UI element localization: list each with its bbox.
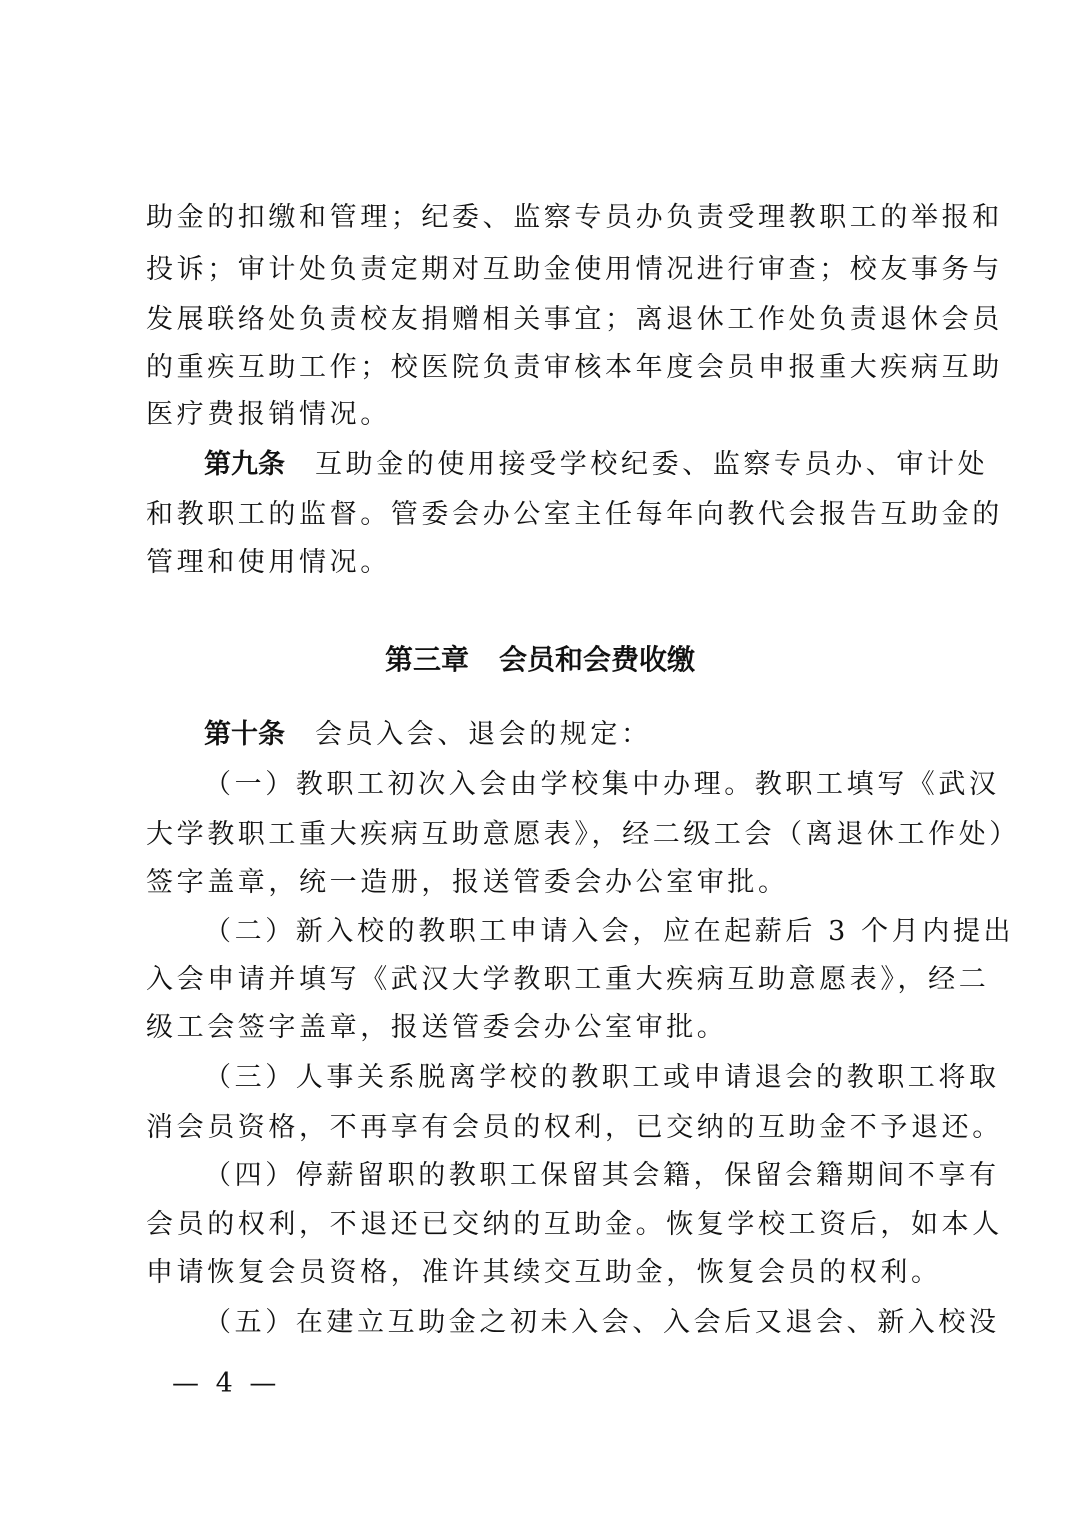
item-1-line: 签字盖章，统一造册，报送管委会办公室审批。 <box>146 865 946 901</box>
article-9-text: 互助金的使用接受学校纪委、监察专员办、审计处 <box>315 449 988 480</box>
item-3-line: 消会员资格，不再享有会员的权利，已交纳的互助金不予退还。 <box>146 1110 946 1146</box>
paragraph-line: 投诉；审计处负责定期对互助金使用情况进行审查；校友事务与 <box>146 252 946 288</box>
item-4-line: 申请恢复会员资格，准许其续交互助金，恢复会员的权利。 <box>146 1255 946 1291</box>
item-3-line: （三）人事关系脱离学校的教职工或申请退会的教职工将取 <box>204 1060 946 1096</box>
article-10-intro: 会员入会、退会的规定： <box>315 719 652 750</box>
chapter-title: 会员和会费收缴 <box>499 643 695 676</box>
paragraph-line: 管理和使用情况。 <box>146 545 946 581</box>
article-9-label: 第九条 <box>204 449 285 480</box>
document-page: 助金的扣缴和管理；纪委、监察专员办负责受理教职工的举报和 投诉；审计处负责定期对… <box>0 0 1080 1527</box>
item-4-line: （四）停薪留职的教职工保留其会籍，保留会籍期间不享有 <box>204 1158 946 1194</box>
paragraph-line: 助金的扣缴和管理；纪委、监察专员办负责受理教职工的举报和 <box>146 200 946 236</box>
item-2-line: 入会申请并填写《武汉大学教职工重大疾病互助意愿表》，经二 <box>146 962 946 998</box>
article-10-first-line: 第十条会员入会、退会的规定： <box>204 717 946 753</box>
item-4-line: 会员的权利，不退还已交纳的互助金。恢复学校工资后，如本人 <box>146 1207 946 1243</box>
chapter-heading: 第三章会员和会费收缴 <box>0 642 1080 678</box>
paragraph-line: 发展联络处负责校友捐赠相关事宜；离退休工作处负责退休会员 <box>146 302 946 338</box>
item-5-line: （五）在建立互助金之初未入会、入会后又退会、新入校没 <box>204 1305 946 1341</box>
paragraph-line: 医疗费报销情况。 <box>146 397 946 433</box>
item-1-line: （一）教职工初次入会由学校集中办理。教职工填写《武汉 <box>204 767 946 803</box>
article-9-first-line: 第九条互助金的使用接受学校纪委、监察专员办、审计处 <box>204 447 946 483</box>
page-number: — 4 — <box>172 1366 280 1402</box>
item-2-line: 级工会签字盖章，报送管委会办公室审批。 <box>146 1010 946 1046</box>
item-1-line: 大学教职工重大疾病互助意愿表》，经二级工会（离退休工作处） <box>146 817 946 853</box>
article-10-label: 第十条 <box>204 719 285 750</box>
paragraph-line: 的重疾互助工作；校医院负责审核本年度会员申报重大疾病互助 <box>146 350 946 386</box>
chapter-number: 第三章 <box>385 643 469 676</box>
item-2-line: （二）新入校的教职工申请入会，应在起薪后 3 个月内提出 <box>204 914 946 950</box>
paragraph-line: 和教职工的监督。管委会办公室主任每年向教代会报告互助金的 <box>146 497 946 533</box>
